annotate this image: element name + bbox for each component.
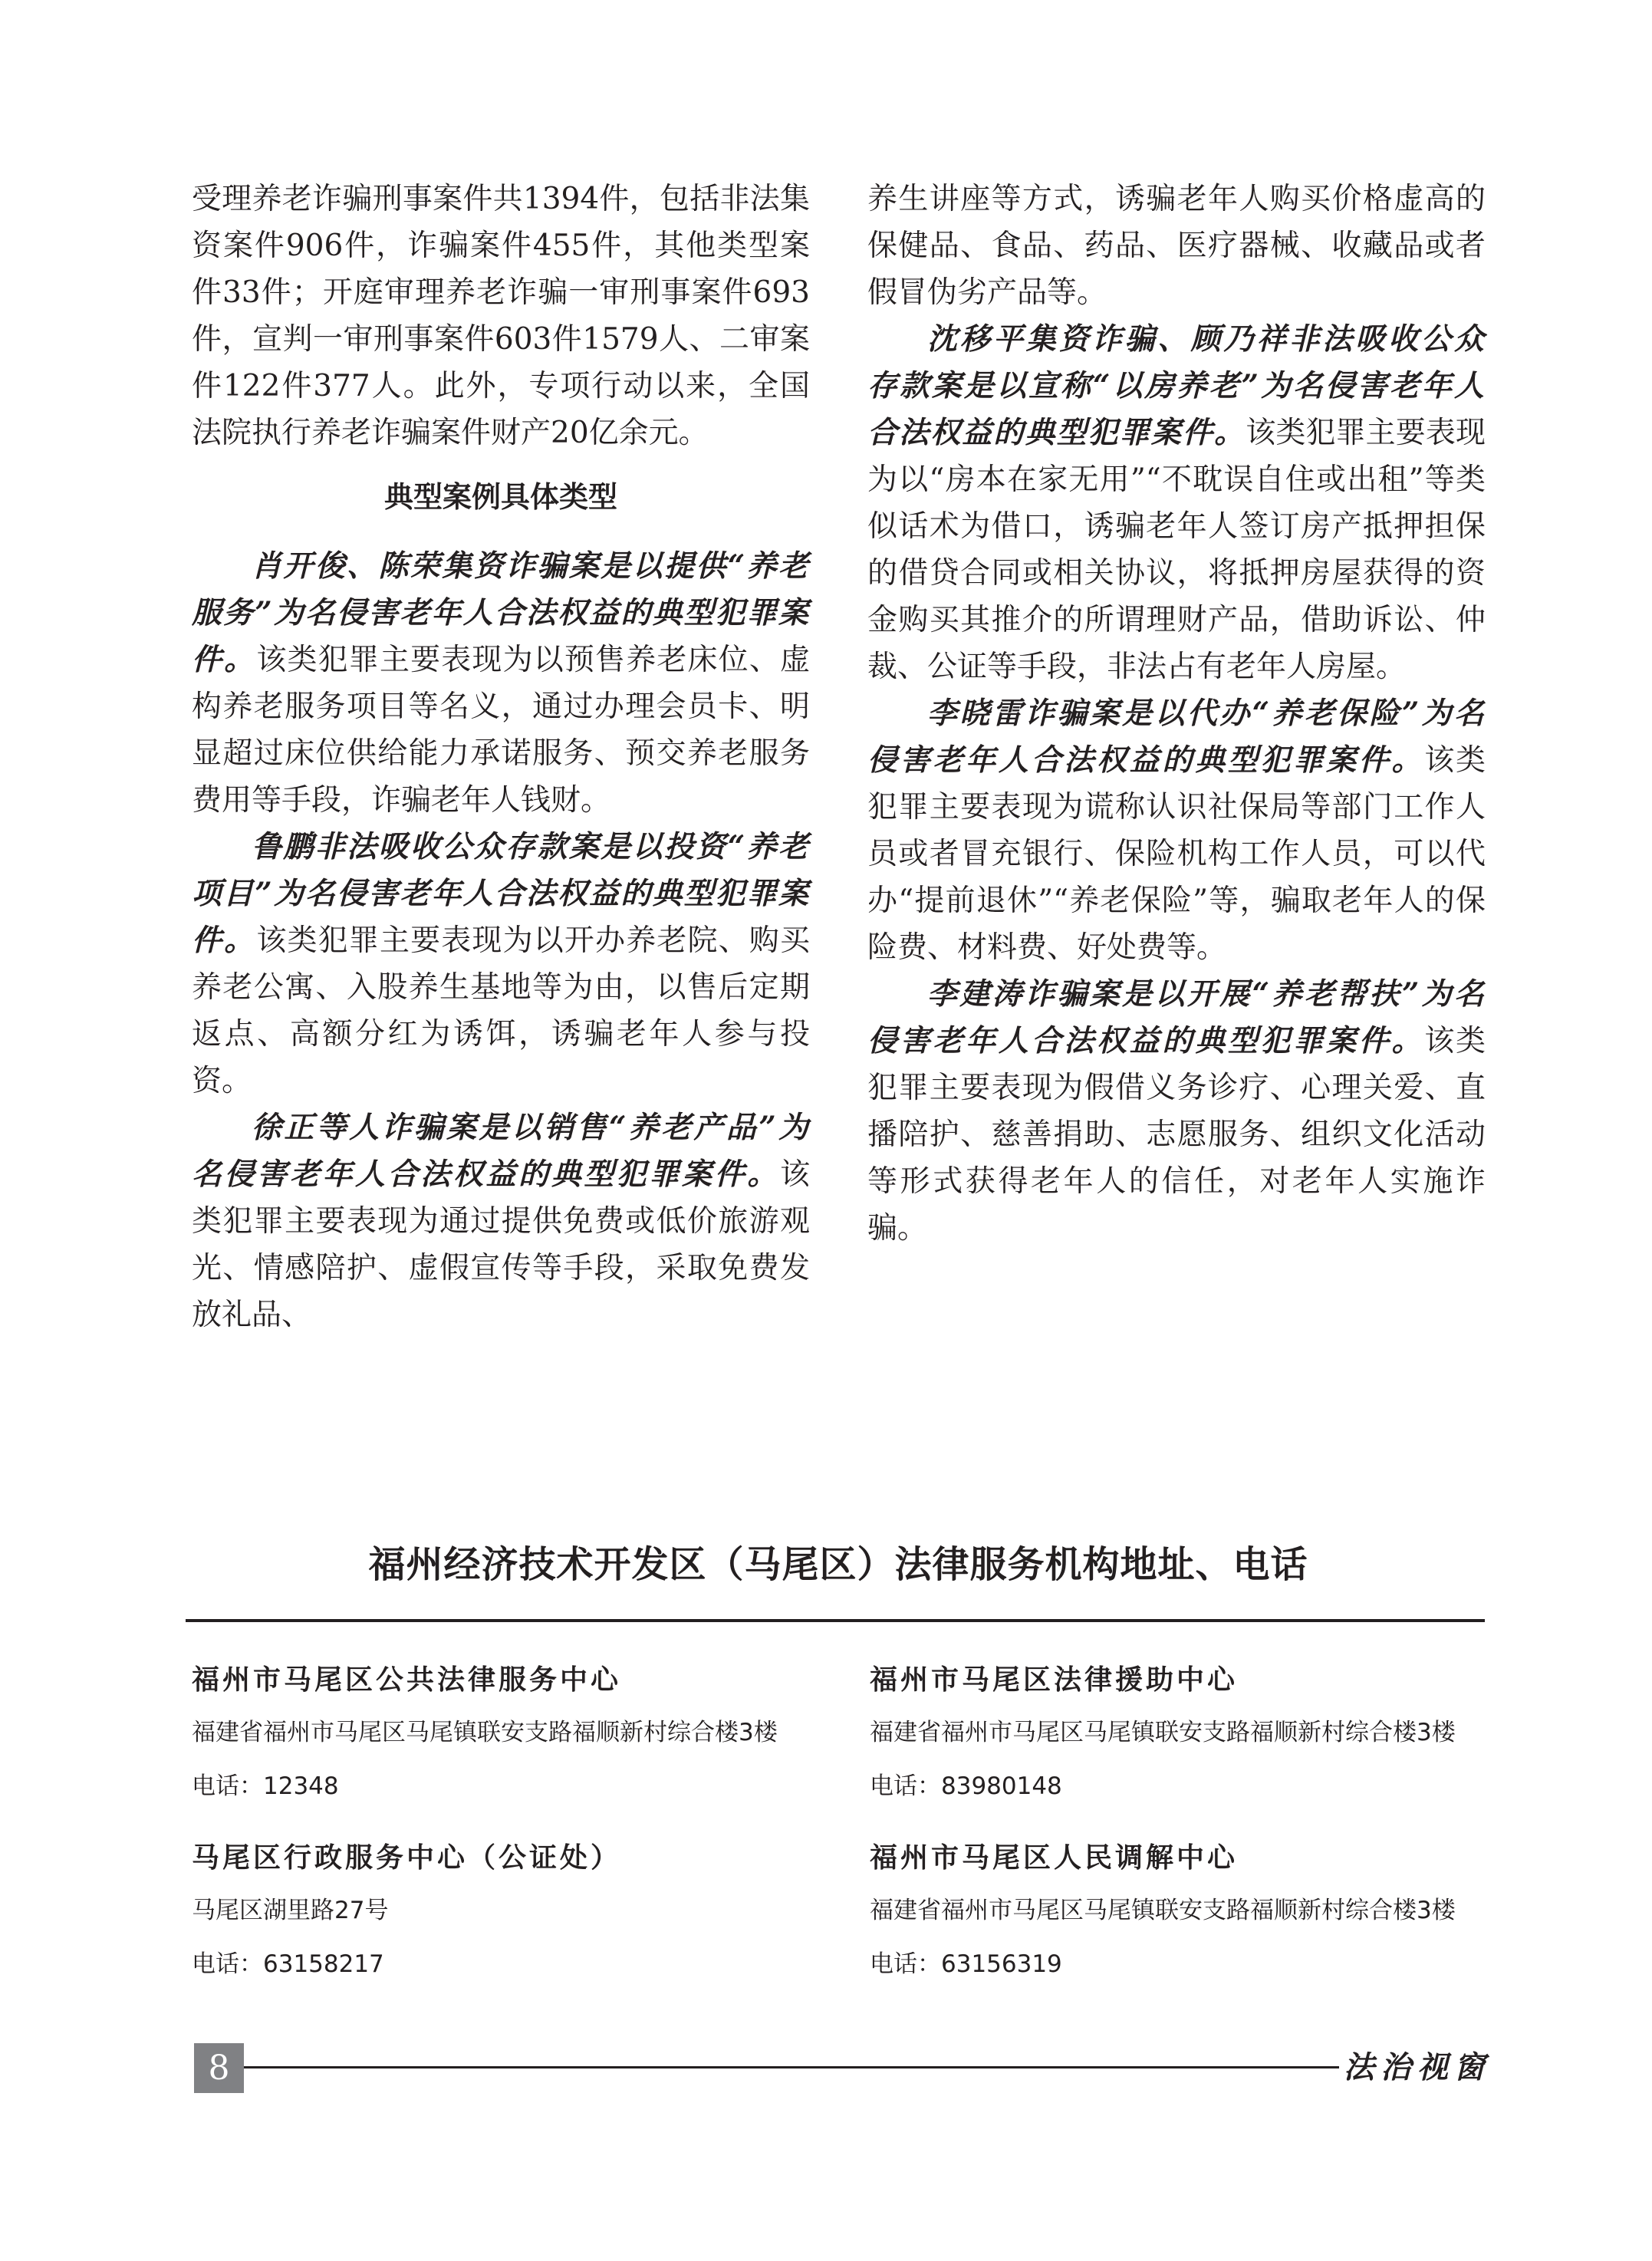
entry-address: 福建省福州市马尾区马尾镇联安支路福顺新村综合楼3楼 [870,1706,1488,1759]
page-number: 8 [194,2043,244,2093]
entry-address: 马尾区湖里路27号 [192,1884,870,1937]
directory-entry: 马尾区行政服务中心（公证处） 马尾区湖里路27号 电话：63158217 [192,1835,870,1991]
case-lead: 徐正等人诈骗案是以销售“养老产品”为名侵害老年人合法权益的典型犯罪案件。 [192,1110,810,1192]
article-right-column: 养生讲座等方式，诱骗老年人购买价格虚高的保健品、食品、药品、医疗器械、收藏品或者… [867,176,1486,1252]
case-paragraph: 徐正等人诈骗案是以销售“养老产品”为名侵害老年人合法权益的典型犯罪案件。该类犯罪… [192,1104,810,1338]
case-body: 该类犯罪主要表现为以开办养老院、购买养老公寓、入股养生基地等为由，以售后定期返点… [192,923,810,1098]
footer-divider [244,2066,1339,2068]
case-paragraph: 肖开俊、陈荣集资诈骗案是以提供“养老服务”为名侵害老年人合法权益的典型犯罪案件。… [192,543,810,824]
case-body: 该类犯罪主要表现为以预售养老床位、虚构养老服务项目等名义，通过办理会员卡、明显超… [192,643,810,818]
directory-entry: 福州市马尾区法律援助中心 福建省福州市马尾区马尾镇联安支路福顺新村综合楼3楼 电… [870,1657,1488,1813]
directory-grid: 福州市马尾区公共法律服务中心 福建省福州市马尾区马尾镇联安支路福顺新村综合楼3楼… [192,1657,1488,1991]
directory-title: 福州经济技术开发区（马尾区）法律服务机构地址、电话 [192,1538,1485,1591]
continuation-paragraph: 养生讲座等方式，诱骗老年人购买价格虚高的保健品、食品、药品、医疗器械、收藏品或者… [867,176,1486,316]
entry-phone: 电话：63156319 [870,1937,1488,1991]
case-paragraph: 李晓雷诈骗案是以代办“养老保险”为名侵害老年人合法权益的典型犯罪案件。该类犯罪主… [867,690,1486,971]
case-paragraph: 沈移平集资诈骗、顾乃祥非法吸收公众存款案是以宣称“以房养老”为名侵害老年人合法权… [867,316,1486,690]
entry-phone: 电话：63158217 [192,1937,870,1991]
case-lead: 李晓雷诈骗案是以代办“养老保险”为名侵害老年人合法权益的典型犯罪案件。 [867,696,1486,778]
directory-entry: 福州市马尾区公共法律服务中心 福建省福州市马尾区马尾镇联安支路福顺新村综合楼3楼… [192,1657,870,1813]
intro-paragraph: 受理养老诈骗刑事案件共1394件，包括非法集资案件906件，诈骗案件455件，其… [192,176,810,456]
article-left-column: 受理养老诈骗刑事案件共1394件，包括非法集资案件906件，诈骗案件455件，其… [192,176,810,1338]
entry-name: 马尾区行政服务中心（公证处） [192,1835,870,1881]
case-paragraph: 鲁鹏非法吸收公众存款案是以投资“养老项目”为名侵害老年人合法权益的典型犯罪案件。… [192,824,810,1104]
publication-name: 法治视窗 [1344,2046,1491,2089]
directory-divider [186,1619,1485,1622]
entry-address: 福建省福州市马尾区马尾镇联安支路福顺新村综合楼3楼 [192,1706,870,1759]
entry-name: 福州市马尾区法律援助中心 [870,1657,1488,1703]
entry-phone: 电话：12348 [192,1759,870,1813]
case-paragraph: 李建涛诈骗案是以开展“养老帮扶”为名侵害老年人合法权益的典型犯罪案件。该类犯罪主… [867,971,1486,1252]
entry-phone: 电话：83980148 [870,1759,1488,1813]
entry-name: 福州市马尾区人民调解中心 [870,1835,1488,1881]
section-heading: 典型案例具体类型 [192,456,810,543]
case-lead: 李建涛诈骗案是以开展“养老帮扶”为名侵害老年人合法权益的典型犯罪案件。 [867,976,1486,1058]
entry-address: 福建省福州市马尾区马尾镇联安支路福顺新村综合楼3楼 [870,1884,1488,1937]
entry-name: 福州市马尾区公共法律服务中心 [192,1657,870,1703]
case-body: 该类犯罪主要表现为以“房本在家无用”“不耽误自住或出租”等类似话术为借口，诱骗老… [867,416,1486,684]
directory-entry: 福州市马尾区人民调解中心 福建省福州市马尾区马尾镇联安支路福顺新村综合楼3楼 电… [870,1835,1488,1991]
